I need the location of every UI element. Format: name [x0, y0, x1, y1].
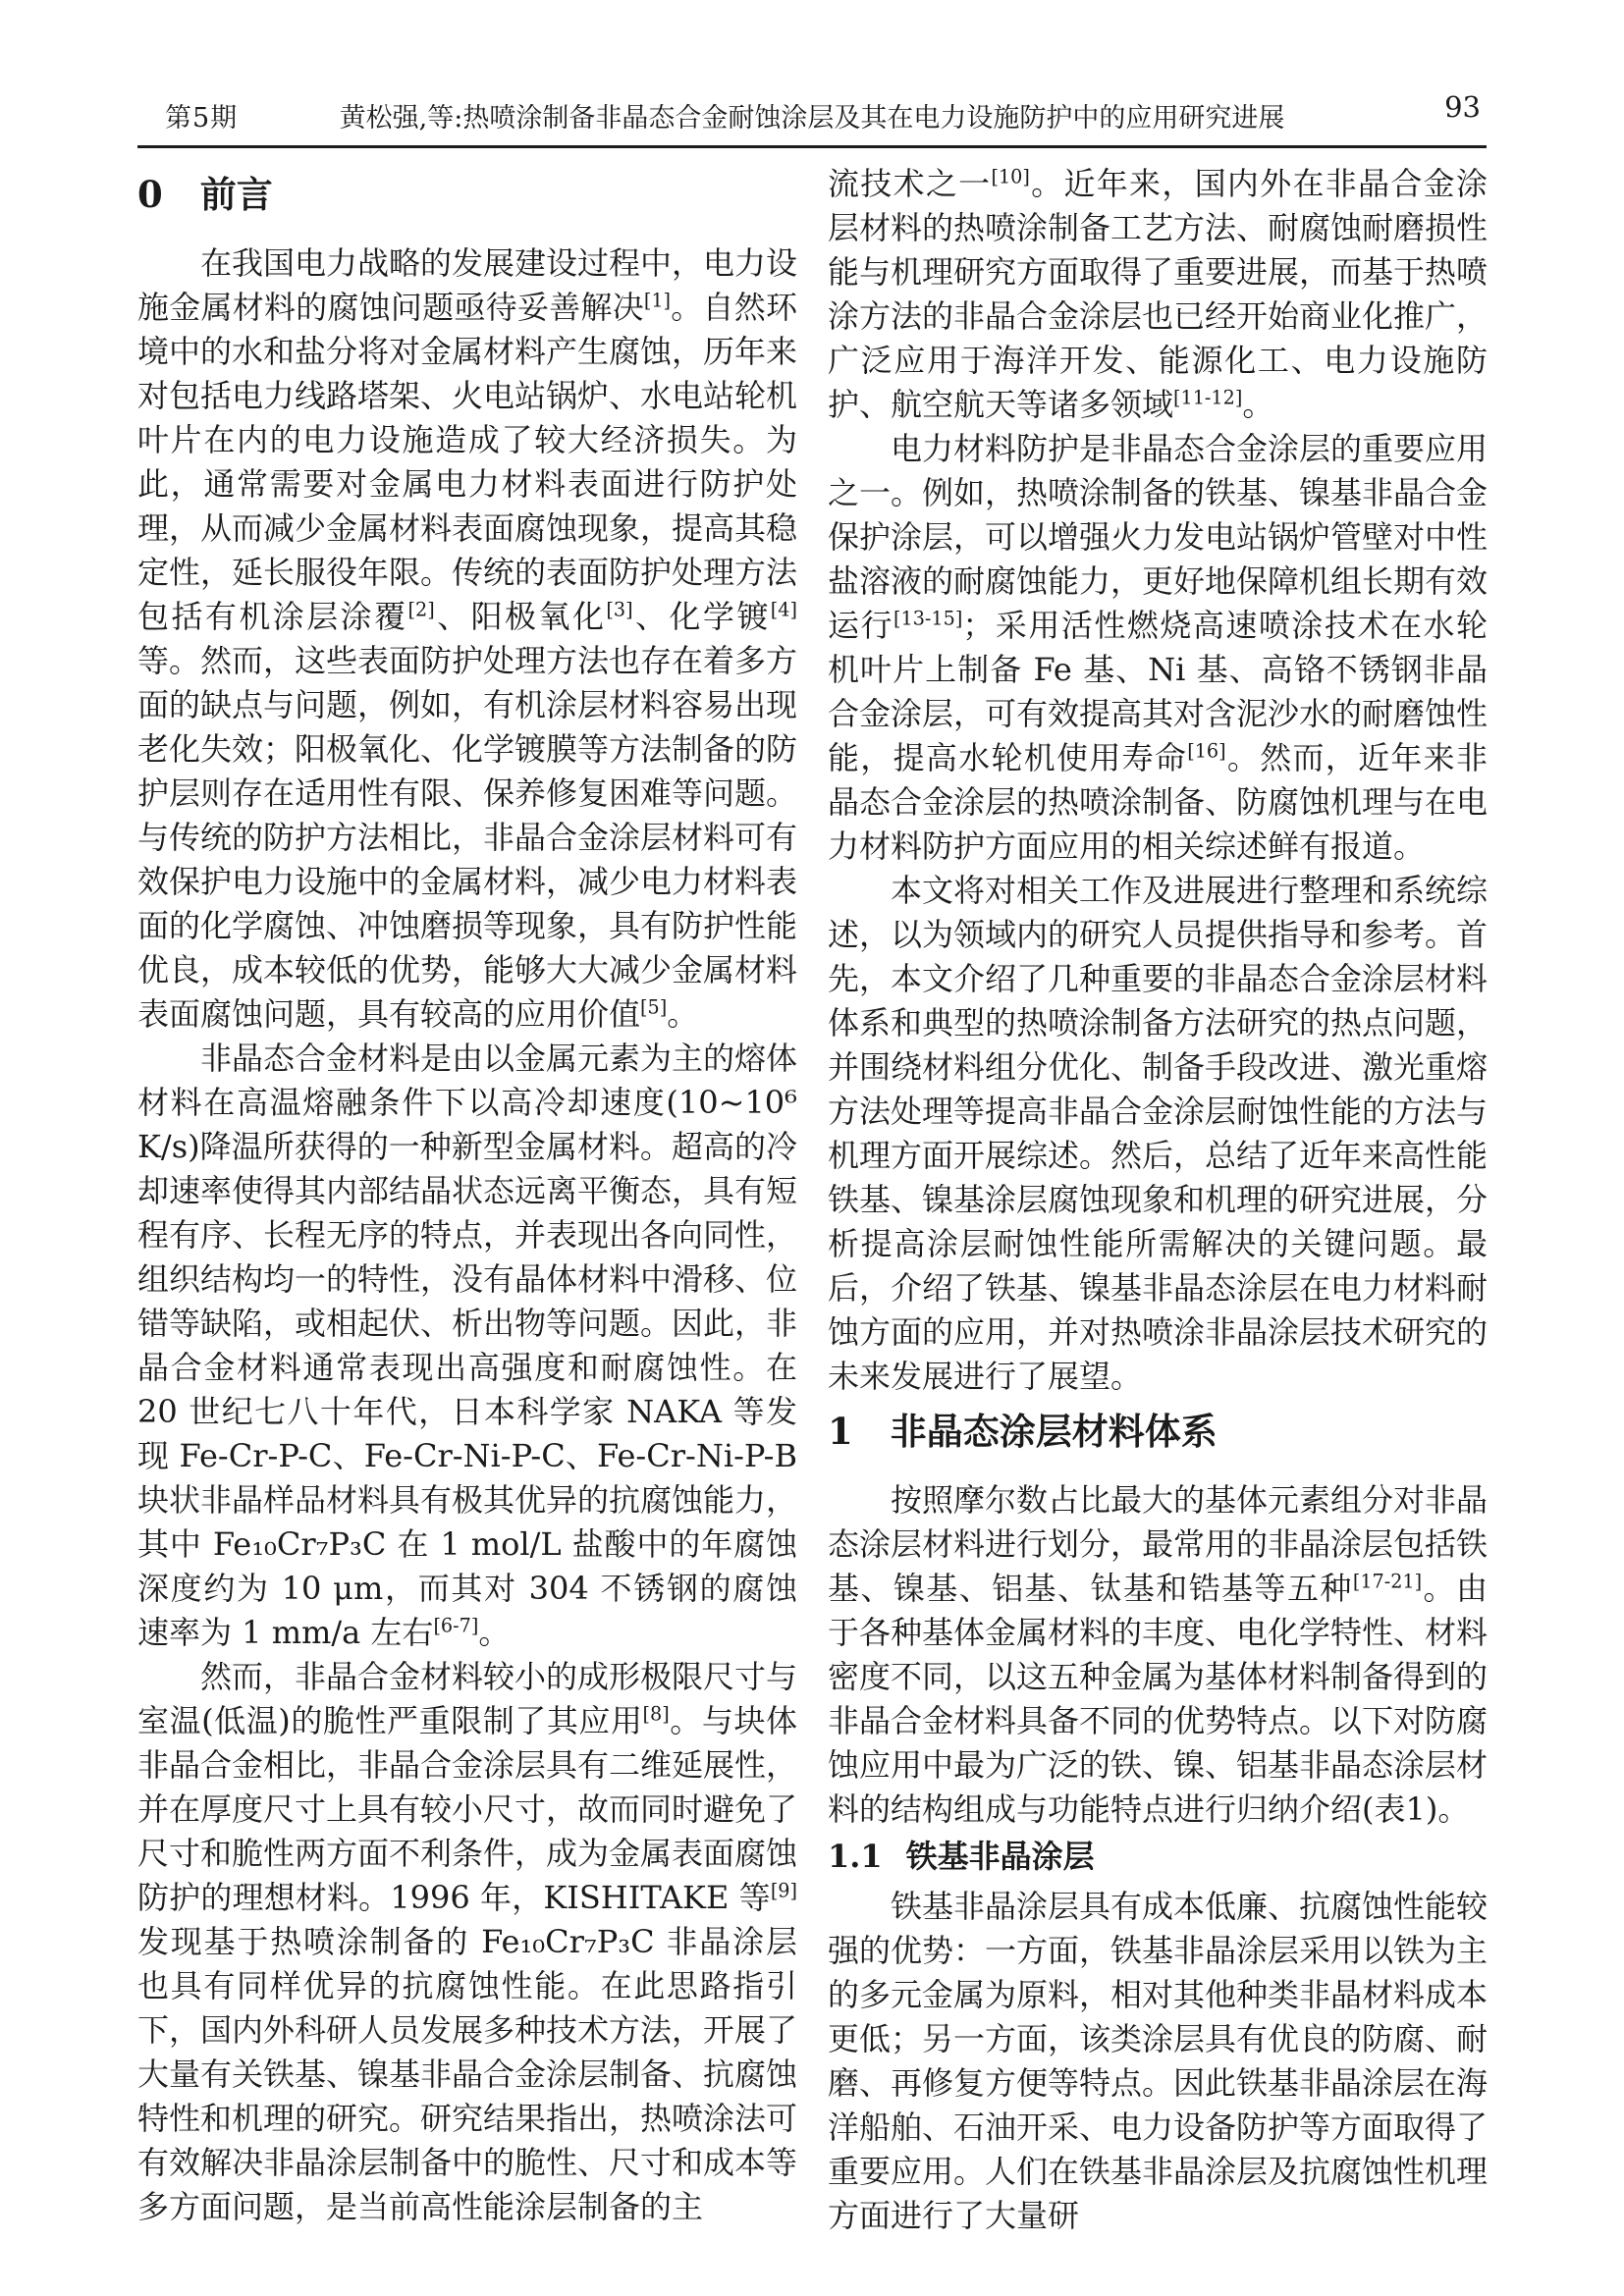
citation-superscript: [5]	[640, 995, 667, 1018]
header-rule	[137, 145, 1487, 148]
section-heading: 0前言	[137, 172, 797, 218]
citation-superscript: [11-12]	[1173, 386, 1242, 408]
citation-superscript: [3]	[606, 598, 632, 620]
column-left: 0前言在我国电力战略的发展建设过程中，电力设施金属材料的腐蚀问题亟待妥善解决[1…	[137, 162, 797, 2229]
paragraph: 流技术之一[10]。近年来，国内外在非晶合金涂层材料的热喷涂制备工艺方法、耐腐蚀…	[828, 162, 1488, 427]
subsection-heading: 1.1铁基非晶涂层	[828, 1834, 1488, 1879]
citation-superscript: [16]	[1187, 739, 1225, 762]
column-right: 流技术之一[10]。近年来，国内外在非晶合金涂层材料的热喷涂制备工艺方法、耐腐蚀…	[828, 162, 1488, 2238]
paragraph: 非晶态合金材料是由以金属元素为主的熔体材料在高温熔融条件下以高冷却速度(10~1…	[137, 1037, 797, 1655]
heading-number: 1	[828, 1410, 853, 1453]
header-issue-label: 第5期	[165, 96, 238, 134]
paragraph: 电力材料防护是非晶态合金涂层的重要应用之一。例如，热喷涂制备的铁基、镍基非晶合金…	[828, 427, 1488, 869]
heading-number: 1.1	[828, 1838, 883, 1875]
journal-page: 第5期 黄松强,等:热喷涂制备非晶态合金耐蚀涂层及其在电力设施防护中的应用研究进…	[0, 0, 1624, 2296]
citation-superscript: [9]	[771, 1879, 797, 1901]
paragraph: 按照摩尔数占比最大的基体元素组分对非晶态涂层材料进行划分，最常用的非晶涂层包括铁…	[828, 1478, 1488, 1832]
paragraph: 本文将对相关工作及进展进行整理和系统综述，以为领域内的研究人员提供指导和参考。首…	[828, 869, 1488, 1399]
citation-superscript: [8]	[643, 1702, 670, 1725]
header-page-number: 93	[1444, 90, 1481, 124]
header-running-title: 黄松强,等:热喷涂制备非晶态合金耐蚀涂层及其在电力设施防护中的应用研究进展	[245, 96, 1379, 134]
section-heading: 1非晶态涂层材料体系	[828, 1409, 1488, 1455]
citation-superscript: [17-21]	[1353, 1570, 1422, 1592]
paragraph: 然而，非晶合金材料较小的成形极限尺寸与室温(低温)的脆性严重限制了其应用[8]。…	[137, 1655, 797, 2229]
paragraph: 在我国电力战略的发展建设过程中，电力设施金属材料的腐蚀问题亟待妥善解决[1]。自…	[137, 241, 797, 1037]
heading-text: 非晶态涂层材料体系	[891, 1411, 1218, 1453]
heading-text: 铁基非晶涂层	[906, 1838, 1095, 1875]
paragraph: 铁基非晶涂层具有成本低廉、抗腐蚀性能较强的优势：一方面，铁基非晶涂层采用以铁为主…	[828, 1885, 1488, 2238]
citation-superscript: [1]	[644, 289, 671, 311]
heading-number: 0	[137, 173, 163, 216]
citation-superscript: [2]	[408, 598, 435, 620]
heading-text: 前言	[200, 174, 273, 216]
citation-superscript: [6-7]	[433, 1614, 478, 1636]
citation-superscript: [10]	[991, 165, 1029, 187]
citation-superscript: [13-15]	[893, 607, 962, 629]
citation-superscript: [4]	[771, 598, 797, 620]
